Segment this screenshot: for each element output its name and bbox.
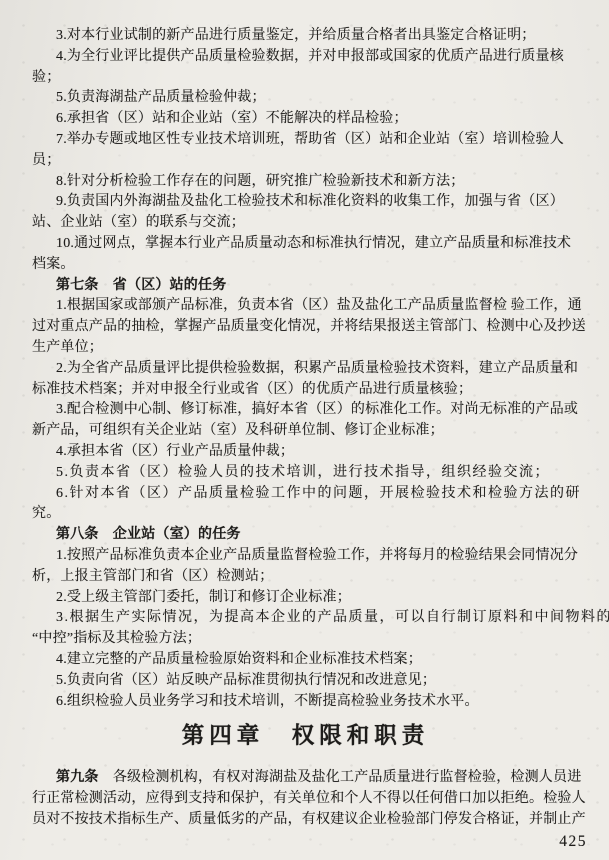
line-text: 6.组织检验人员业务学习和技术培训，不断提高检验业务技术水平。 <box>56 694 479 709</box>
line-text: 各级检测机构，有权对海湖盐及盐化工产品质量进行监督检验，检测人员进 <box>113 770 582 785</box>
line-text: 验； <box>32 70 60 85</box>
text-line: 3.对本行业试制的新产品进行质量鉴定，并给质量合格者出具鉴定合格证明； <box>32 26 579 47</box>
text-line: 5.负责本省（区）检验人员的技术培训，进行技术指导，组织经验交流； <box>32 463 579 484</box>
line-text: 1.按照产品标准负责本企业产品质量监督检验工作，并将每月的检验结果会同情况分 <box>56 548 578 563</box>
page-number: 425 <box>559 833 587 851</box>
line-text: 4.为全行业评比提供产品质量检验数据，并对申报部或国家的优质产品进行质量核 <box>56 49 564 64</box>
line-text: 析，上报主管部门和省（区）检测站； <box>32 569 273 584</box>
line-text: 7.举办专题或地区性专业技术培训班，帮助省（区）站和企业站（室）培训检验人 <box>56 132 564 147</box>
text-line: 2.为全省产品质量评比提供检验数据，积累产品质量检验技术资料，建立产品质量和 <box>32 359 579 380</box>
line-text: 3.对本行业试制的新产品进行质量鉴定，并给质量合格者出具鉴定合格证明； <box>56 28 536 43</box>
text-line: 1.根据国家或部颁产品标准，负责本省（区）盐及盐化工产品质量监督检 验工作，通 <box>32 296 579 317</box>
line-text: 6.针对本省（区）产品质量检验工作中的问题，开展检验技术和检验方法的研 <box>56 486 581 501</box>
document-body: 3.对本行业试制的新产品进行质量鉴定，并给质量合格者出具鉴定合格证明；4.为全行… <box>32 26 579 831</box>
line-text: 过对重点产品的抽检，掌握产品质量变化情况，并将结果报送主管部门、检测中心及抄送 <box>32 319 586 334</box>
chapter-heading: 第四章 权限和职责 <box>32 712 579 768</box>
text-line: 6.组织检验人员业务学习和技术培训，不断提高检验业务技术水平。 <box>32 692 579 713</box>
line-text: 5.负责向省（区）站反映产品标准贯彻执行情况和改进意见； <box>56 673 436 688</box>
text-line: 4.建立完整的产品质量检验原始资料和企业标准技术档案； <box>32 650 579 671</box>
line-text: 5.负责本省（区）检验人员的技术培训，进行技术指导，组织经验交流； <box>56 465 550 480</box>
line-text: 第八条 企业站（室）的任务 <box>56 527 241 542</box>
text-line: 5.负责向省（区）站反映产品标准贯彻执行情况和改进意见； <box>32 671 579 692</box>
text-line: 第九条 各级检测机构，有权对海湖盐及盐化工产品质量进行监督检验，检测人员进 <box>32 768 579 789</box>
text-line: 档案。 <box>32 255 579 276</box>
text-line: 员对不按技术指标生产、质量低劣的产品，有权建议企业检验部门停发合格证，并制止产 <box>32 810 579 831</box>
text-line: 6.承担省（区）站和企业站（室）不能解决的样品检验； <box>32 109 579 130</box>
text-line: 4.为全行业评比提供产品质量检验数据，并对申报部或国家的优质产品进行质量核 <box>32 47 579 68</box>
scanned-document-page: 3.对本行业试制的新产品进行质量鉴定，并给质量合格者出具鉴定合格证明；4.为全行… <box>0 0 609 860</box>
line-text: 2.为全省产品质量评比提供检验数据，积累产品质量检验技术资料，建立产品质量和 <box>56 361 578 376</box>
text-line: “中控”指标及其检验方法； <box>32 629 579 650</box>
line-text: 10.通过网点，掌握本行业产品质量动态和标准执行情况，建立产品质量和标准技术 <box>56 236 571 251</box>
text-line: 8.针对分析检验工作存在的问题，研究推广检验新技术和新方法； <box>32 172 579 193</box>
line-text: 6.承担省（区）站和企业站（室）不能解决的样品检验； <box>56 111 408 126</box>
text-line: 9.负责国内外海湖盐及盐化工检验技术和标准化资料的收集工作，加强与省（区） <box>32 192 579 213</box>
text-line: 4.承担本省（区）行业产品质量仲裁； <box>32 442 579 463</box>
text-line: 员； <box>32 151 579 172</box>
line-text: 第七条 省（区）站的任务 <box>56 278 226 293</box>
line-text: 3.根据生产实际情况，为提高本企业的产品质量，可以自行制订原料和中间物料的 <box>56 610 609 625</box>
text-line: 标准技术档案；并对申报全行业或省（区）的优质产品进行质量核验； <box>32 380 579 401</box>
line-text: “中控”指标及其检验方法； <box>32 631 201 646</box>
line-text: 5.负责海湖盐产品质量检验仲裁； <box>56 90 266 105</box>
line-text: 新产品，可组织有关企业站（室）及科研单位制、修订企业标准； <box>32 423 444 438</box>
section-heading-line: 第七条 省（区）站的任务 <box>32 276 579 297</box>
text-line: 行正常检测活动，应得到支持和保护，有关单位和个人不得以任何借口加以拒绝。检验人 <box>32 789 579 810</box>
text-line: 站、企业站（室）的联系与交流； <box>32 213 579 234</box>
line-text: 员对不按技术指标生产、质量低劣的产品，有权建议企业检验部门停发合格证，并制止产 <box>32 812 586 827</box>
text-line: 10.通过网点，掌握本行业产品质量动态和标准执行情况，建立产品质量和标准技术 <box>32 234 579 255</box>
line-text: 员； <box>32 153 60 168</box>
text-line: 生产单位； <box>32 338 579 359</box>
line-text: 2.受上级主管部门委托，制订和修订企业标准； <box>56 590 351 605</box>
line-text: 档案。 <box>32 257 75 272</box>
line-text: 站、企业站（室）的联系与交流； <box>32 215 245 230</box>
line-text: 9.负责国内外海湖盐及盐化工检验技术和标准化资料的收集工作，加强与省（区） <box>56 194 564 209</box>
section-heading-line: 第八条 企业站（室）的任务 <box>32 525 579 546</box>
line-text: 1.根据国家或部颁产品标准，负责本省（区）盐及盐化工产品质量监督检 验工作，通 <box>56 298 582 313</box>
line-text: 4.承担本省（区）行业产品质量仲裁； <box>56 444 294 459</box>
line-text: 究。 <box>32 506 60 521</box>
text-line: 1.按照产品标准负责本企业产品质量监督检验工作，并将每月的检验结果会同情况分 <box>32 546 579 567</box>
text-line: 5.负责海湖盐产品质量检验仲裁； <box>32 88 579 109</box>
text-line: 过对重点产品的抽检，掌握产品质量变化情况，并将结果报送主管部门、检测中心及抄送 <box>32 317 579 338</box>
text-line: 7.举办专题或地区性专业技术培训班，帮助省（区）站和企业站（室）培训检验人 <box>32 130 579 151</box>
text-line: 究。 <box>32 504 579 525</box>
line-text: 标准技术档案；并对申报全行业或省（区）的优质产品进行质量核验； <box>32 382 472 397</box>
text-line: 3.配合检测中心制、修订标准，搞好本省（区）的标准化工作。对尚无标准的产品或 <box>32 400 579 421</box>
text-line: 验； <box>32 68 579 89</box>
line-text: 生产单位； <box>32 340 103 355</box>
text-line: 2.受上级主管部门委托，制订和修订企业标准； <box>32 588 579 609</box>
line-text: 行正常检测活动，应得到支持和保护，有关单位和个人不得以任何借口加以拒绝。检验人 <box>32 791 586 806</box>
article-label: 第九条 <box>56 770 113 785</box>
text-line: 新产品，可组织有关企业站（室）及科研单位制、修订企业标准； <box>32 421 579 442</box>
text-line: 3.根据生产实际情况，为提高本企业的产品质量，可以自行制订原料和中间物料的 <box>32 608 579 629</box>
text-line: 析，上报主管部门和省（区）检测站； <box>32 567 579 588</box>
line-text: 第四章 权限和职责 <box>182 723 430 748</box>
text-line: 6.针对本省（区）产品质量检验工作中的问题，开展检验技术和检验方法的研 <box>32 484 579 505</box>
line-text: 8.针对分析检验工作存在的问题，研究推广检验新技术和新方法； <box>56 174 465 189</box>
line-text: 3.配合检测中心制、修订标准，搞好本省（区）的标准化工作。对尚无标准的产品或 <box>56 402 578 417</box>
line-text: 4.建立完整的产品质量检验原始资料和企业标准技术档案； <box>56 652 422 667</box>
